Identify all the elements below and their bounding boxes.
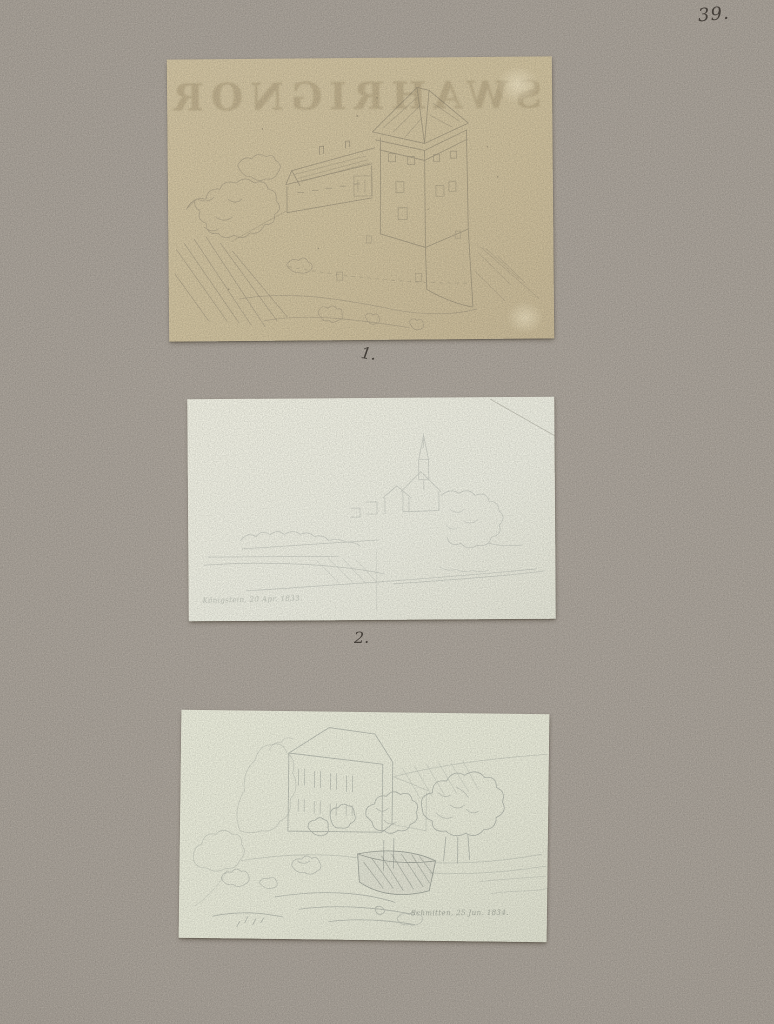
sketch-2-paper: Königstein, 20 Apr. 1833. (187, 397, 556, 622)
figure-1-label: 1. (360, 343, 378, 364)
paper-stain (499, 294, 551, 340)
album-page: 39. SWAHRIG NOR (0, 0, 774, 1024)
paper-stain (489, 58, 547, 111)
figure-2-label: 2. (354, 628, 369, 647)
corner-crease (490, 399, 556, 437)
sketch-3-inscription: Schmitten, 25 Jun. 1834. (411, 909, 509, 918)
sketch-1-paper: SWAHRIG NOR (167, 56, 554, 341)
sketch-3-paper: Schmitten, 25 Jun. 1834. (179, 710, 550, 942)
sketch-2-drawing (187, 397, 556, 622)
page-number: 39. (698, 3, 731, 27)
sketch-3-drawing (179, 710, 550, 942)
